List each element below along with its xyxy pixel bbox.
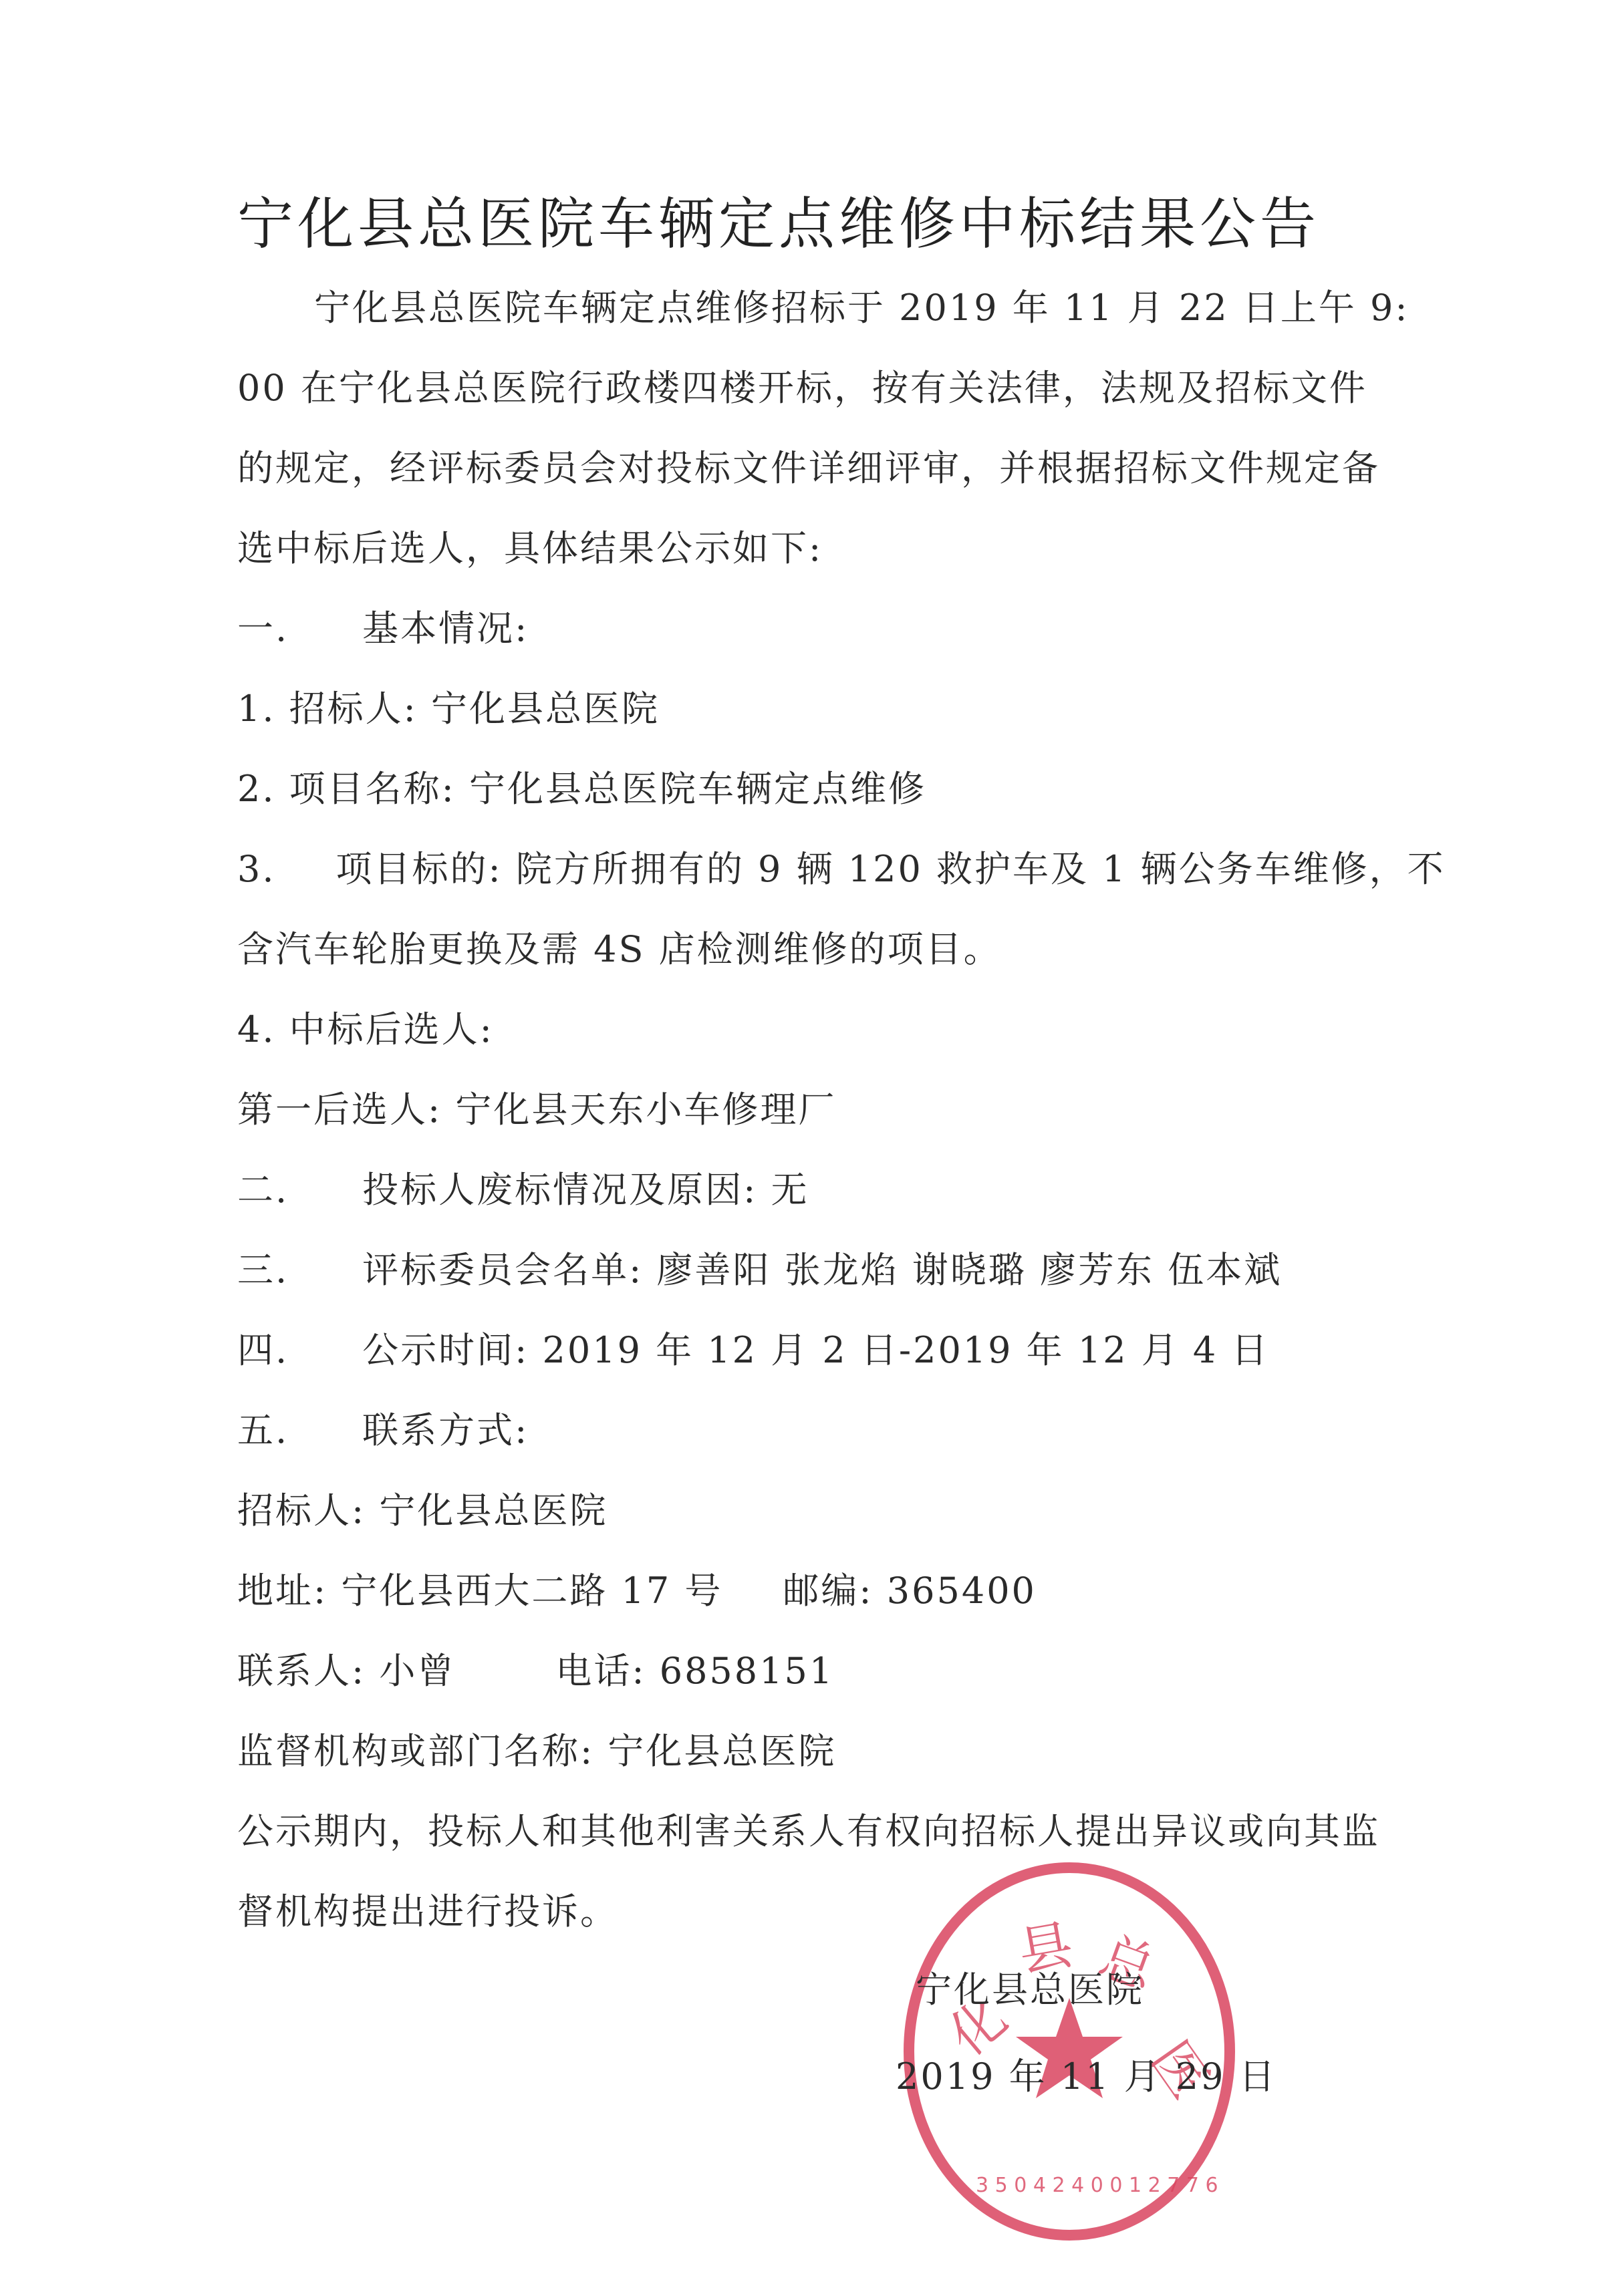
page-title: 宁化县总医院车辆定点维修中标结果公告 [237,179,1320,260]
contact-address-row: 地址: 宁化县西大二路 17 号邮编: 365400 [237,1562,1037,1614]
section3-text: 评标委员会名单: 廖善阳 张龙焰 谢晓璐 廖芳东 伍本斌 [362,1249,1282,1291]
section1-title: 基本情况: [362,607,529,650]
item-3-text: 项目标的: 院方所拥有的 9 辆 120 救护车及 1 辆公务车维修，不 [336,848,1446,890]
section5-num: 五. [237,1409,289,1451]
item-4: 4. 中标后选人: [237,1001,494,1052]
objection-line-2: 督机构提出进行投诉。 [237,1883,618,1934]
contact-phone: 电话: 6858151 [555,1650,834,1692]
item-2: 2. 项目名称: 宁化县总医院车辆定点维修 [237,760,926,812]
item-3: 3.项目标的: 院方所拥有的 9 辆 120 救护车及 1 辆公务车维修，不 [237,841,1446,892]
intro-line-2: 00 在宁化县总医院行政楼四楼开标，按有关法律，法规及招标文件 [237,360,1367,411]
section2-num: 二. [237,1169,289,1211]
intro-line-3: 的规定，经评标委员会对投标文件详细评审，并根据招标文件规定备 [237,440,1380,491]
intro-line-4: 选中标后选人，具体结果公示如下: [237,520,823,571]
section1-heading: 一.基本情况: [237,600,529,652]
section3-num: 三. [237,1249,289,1291]
section4-text: 公示时间: 2019 年 12 月 2 日-2019 年 12 月 4 日 [362,1329,1269,1371]
objection-line-1: 公示期内，投标人和其他利害关系人有权向招标人提出异议或向其监 [237,1803,1380,1854]
contact-tenderer: 招标人: 宁化县总医院 [237,1482,608,1534]
section2: 二.投标人废标情况及原因: 无 [237,1161,809,1213]
contact-address: 地址: 宁化县西大二路 17 号 [237,1570,722,1612]
item-3-num: 3. [237,848,276,890]
item-3-cont: 含汽车轮胎更换及需 4S 店检测维修的项目。 [237,921,1002,972]
section3: 三.评标委员会名单: 廖善阳 张龙焰 谢晓璐 廖芳东 伍本斌 [237,1242,1282,1293]
section5-title: 联系方式: [362,1409,529,1451]
item-1: 1. 招标人: 宁化县总医院 [237,680,660,732]
section2-text: 投标人废标情况及原因: 无 [362,1169,809,1211]
contact-person: 联系人: 小曾 [237,1650,455,1692]
svg-text:3 5 0 4 2 4 0 0 1 2 7 7 6: 3 5 0 4 2 4 0 0 1 2 7 7 6 [976,2174,1218,2197]
section1-num: 一. [237,607,289,650]
intro-line-1: 宁化县总医院车辆定点维修招标于 2019 年 11 月 22 日上午 9: [314,279,1410,331]
first-candidate: 第一后选人: 宁化县天东小车修理厂 [237,1081,836,1133]
contact-postcode: 邮编: 365400 [783,1570,1037,1612]
signature-org: 宁化县总医院 [916,1961,1144,2013]
section4: 四.公示时间: 2019 年 12 月 2 日-2019 年 12 月 4 日 [237,1322,1269,1373]
signature-date: 2019 年 11 月 29 日 [896,2048,1277,2100]
contact-person-row: 联系人: 小曾电话: 6858151 [237,1642,834,1694]
supervisor: 监督机构或部门名称: 宁化县总医院 [237,1723,836,1774]
section4-num: 四. [237,1329,289,1371]
section5-heading: 五.联系方式: [237,1402,529,1453]
